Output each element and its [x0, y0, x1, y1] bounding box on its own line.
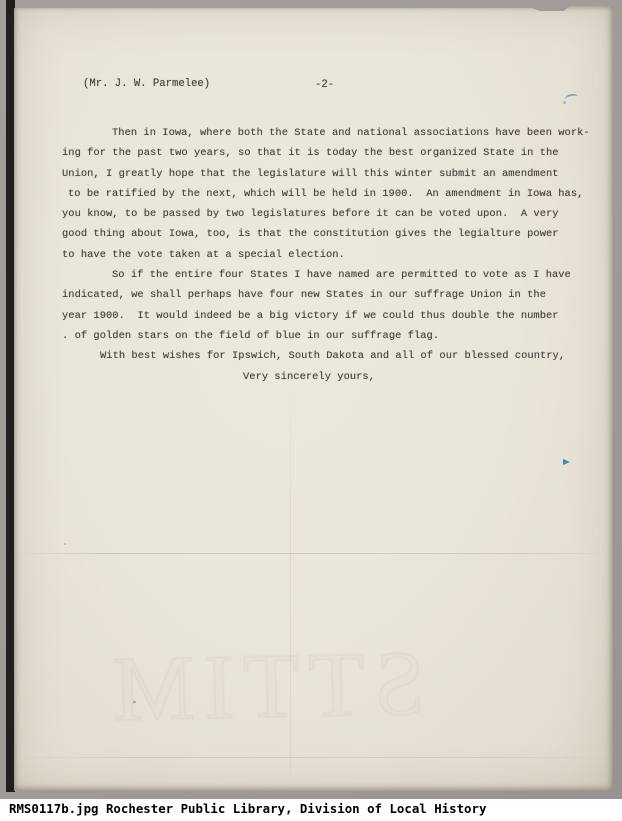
- page-number: -2-: [315, 79, 334, 91]
- letter-line: Then in Iowa, where both the State and n…: [62, 123, 592, 143]
- letter-line: year 1900. It would indeed be a big vict…: [62, 306, 592, 326]
- blue-ink-dot: [563, 101, 566, 104]
- letter-line: Union, I greatly hope that the legislatu…: [62, 164, 592, 184]
- watermark-bleedthrough: STTIM: [94, 633, 426, 750]
- caption-text: RMS0117b.jpg Rochester Public Library, D…: [9, 801, 486, 817]
- paper-speck: [64, 543, 66, 545]
- letter-line: you know, to be passed by two legislatur…: [62, 204, 592, 224]
- letter-line: ing for the past two years, so that it i…: [62, 143, 592, 163]
- letter-line: . of golden stars on the field of blue i…: [62, 326, 592, 346]
- letter-header: (Mr. J. W. Parmelee) -2-: [83, 78, 603, 94]
- letter-line: So if the entire four States I have name…: [62, 265, 592, 285]
- paper-speck: [133, 701, 136, 703]
- signature-line: Very sincerely yours,: [62, 367, 592, 387]
- letter-line: indicated, we shall perhaps have four ne…: [62, 285, 592, 305]
- crease-line: [14, 553, 613, 554]
- scan-shadow-edge: [6, 0, 15, 792]
- blue-ink-speck: [563, 459, 570, 465]
- letter-line: With best wishes for Ipswich, South Dako…: [62, 346, 592, 366]
- letter-line: good thing about Iowa, too, is that the …: [62, 224, 592, 244]
- paper-sheet: (Mr. J. W. Parmelee) -2- Then in Iowa, w…: [14, 6, 613, 791]
- letter-body: Then in Iowa, where both the State and n…: [62, 123, 592, 387]
- scanned-letter-page: (Mr. J. W. Parmelee) -2- Then in Iowa, w…: [0, 0, 622, 821]
- letter-line: to be ratified by the next, which will b…: [62, 184, 592, 204]
- recipient-line: (Mr. J. W. Parmelee): [83, 78, 210, 90]
- crease-line: [290, 386, 291, 791]
- blue-ink-squiggle: [564, 93, 578, 104]
- letter-line: to have the vote taken at a special elec…: [62, 245, 592, 265]
- crease-line: [14, 757, 613, 758]
- caption-bar: RMS0117b.jpg Rochester Public Library, D…: [0, 799, 622, 821]
